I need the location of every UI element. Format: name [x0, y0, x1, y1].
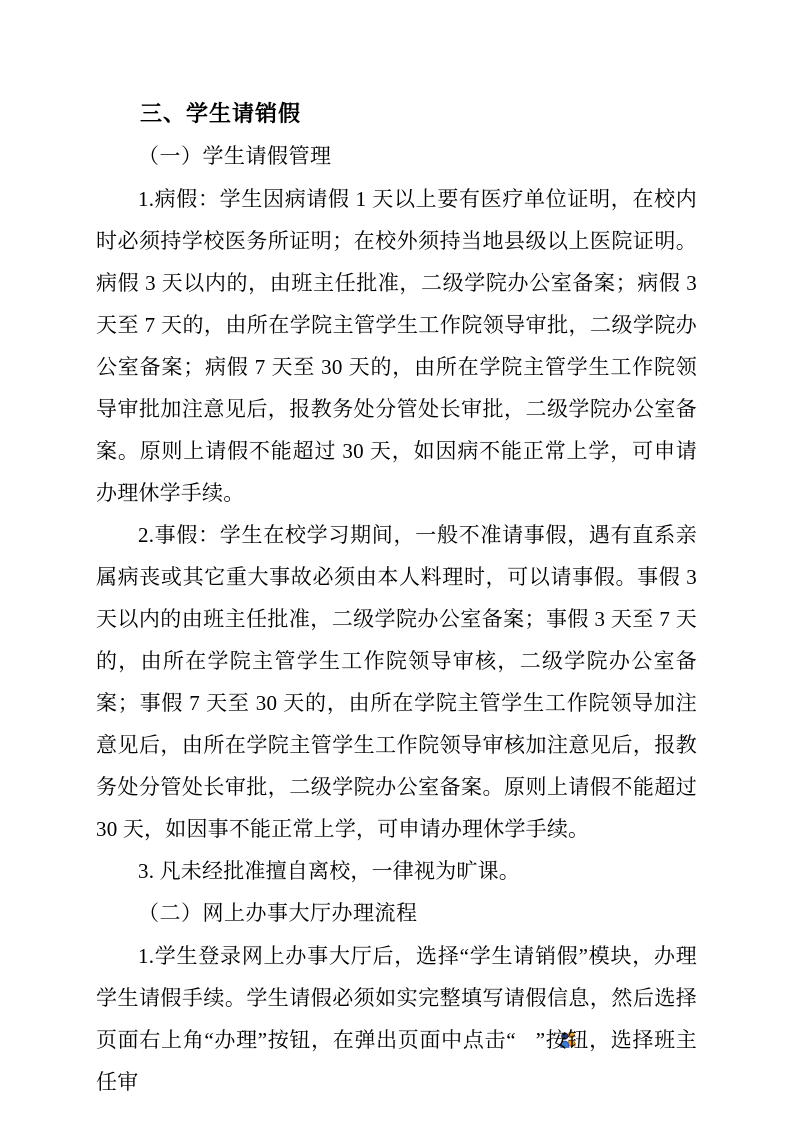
- paragraph-sick-leave: 1.病假：学生因病请假 1 天以上要有医疗单位证明，在校内时必须持学校医务所证明…: [96, 178, 697, 514]
- paragraph-online-process: 1.学生登录网上办事大厅后，选择“学生请销假”模块，办理学生请假手续。学生请假必…: [96, 935, 697, 1103]
- subsection-1-title: （一）学生请假管理: [96, 135, 697, 178]
- paragraph-unauthorized-absence: 3. 凡未经批准擅自离校，一律视为旷课。: [96, 850, 697, 892]
- subsection-2-title: （二）网上办事大厅办理流程: [96, 892, 697, 935]
- paragraph-personal-leave: 2.事假：学生在校学习期间，一般不准请事假，遇有直系亲属病丧或其它重大事故必须由…: [96, 514, 697, 850]
- two-users-icon: [516, 1030, 536, 1049]
- document-page: 三、学生请销假 （一）学生请假管理 1.病假：学生因病请假 1 天以上要有医疗单…: [0, 0, 794, 1123]
- section-heading: 三、学生请销假: [96, 92, 697, 135]
